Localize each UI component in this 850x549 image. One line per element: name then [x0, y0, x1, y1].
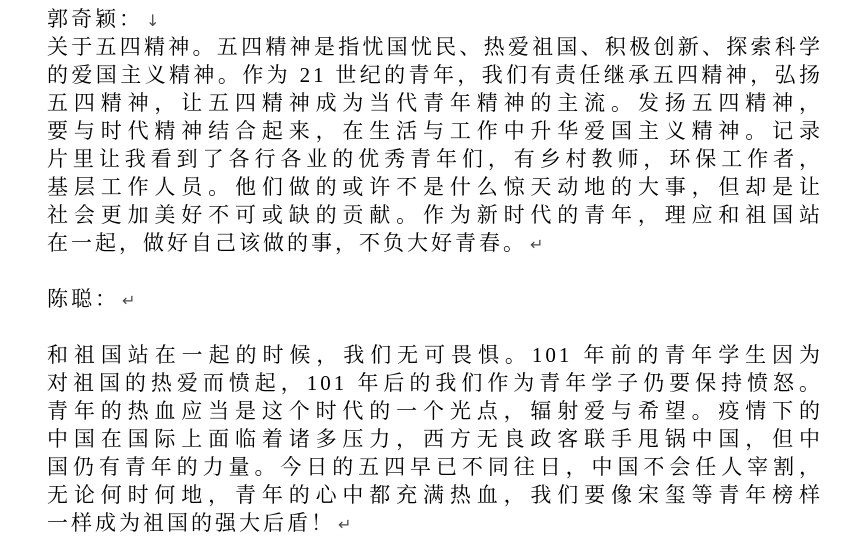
- line-text: 基层工作人员。他们做的或许不是什么惊天动地的大事，但却是让: [47, 175, 823, 199]
- text-line: 片里让我看到了各行各业的优秀青年们，有乡村教师，环保工作者，: [47, 145, 823, 173]
- line-text: 和祖国站在一起的时候，我们无可畏惧。101 年前的青年学生因为: [47, 343, 823, 367]
- line-text: 陈聪：: [47, 287, 119, 311]
- paragraph-mark-icon: ↵: [335, 515, 351, 534]
- line-text: 一样成为祖国的强大后盾！: [47, 511, 335, 535]
- text-line: 青年的热血应当是这个时代的一个光点，辐射爱与希望。疫情下的: [47, 397, 823, 425]
- line-text: 郭奇颖：: [47, 7, 143, 31]
- line-text: 五四精神，让五四精神成为当代青年精神的主流。发扬五四精神，: [47, 91, 823, 115]
- text-line: 国仍有青年的力量。今日的五四早已不同往日，中国不会任人宰割，: [47, 453, 823, 481]
- blank-line: [47, 313, 823, 341]
- document-text-block: 郭奇颖：↓关于五四精神。五四精神是指忧国忧民、热爱祖国、积极创新、探索科学的爱国…: [47, 5, 823, 537]
- line-text: 中国在国际上面临着诸多压力，西方无良政客联手甩锅中国，但中: [47, 427, 823, 451]
- line-text: 无论何时何地，青年的心中都充满热血，我们要像宋玺等青年榜样: [47, 483, 823, 507]
- text-line: 的爱国主义精神。作为 21 世纪的青年，我们有责任继承五四精神，弘扬: [47, 61, 823, 89]
- text-line: 要与时代精神结合起来，在生活与工作中升华爱国主义精神。记录: [47, 117, 823, 145]
- line-text: 青年的热血应当是这个时代的一个光点，辐射爱与希望。疫情下的: [47, 399, 823, 423]
- paragraph-mark-icon: ↵: [119, 291, 135, 310]
- text-line: 郭奇颖：↓: [47, 5, 823, 33]
- text-line: 陈聪：↵: [47, 285, 823, 313]
- line-text: 对祖国的热爱而愤起，101 年后的我们作为青年学子仍要保持愤怒。: [47, 371, 823, 395]
- line-text: 国仍有青年的力量。今日的五四早已不同往日，中国不会任人宰割，: [47, 455, 823, 479]
- text-line: 和祖国站在一起的时候，我们无可畏惧。101 年前的青年学生因为: [47, 341, 823, 369]
- line-break-icon: ↓: [143, 11, 159, 30]
- paragraph-mark-icon: ↵: [527, 235, 543, 254]
- blank-line: [47, 257, 823, 285]
- text-line: 对祖国的热爱而愤起，101 年后的我们作为青年学子仍要保持愤怒。: [47, 369, 823, 397]
- text-line: 在一起，做好自己该做的事，不负大好青春。↵: [47, 229, 823, 257]
- line-text: 在一起，做好自己该做的事，不负大好青春。: [47, 231, 527, 255]
- text-line: 关于五四精神。五四精神是指忧国忧民、热爱祖国、积极创新、探索科学: [47, 33, 823, 61]
- text-line: 中国在国际上面临着诸多压力，西方无良政客联手甩锅中国，但中: [47, 425, 823, 453]
- text-line: 五四精神，让五四精神成为当代青年精神的主流。发扬五四精神，: [47, 89, 823, 117]
- text-line: 一样成为祖国的强大后盾！↵: [47, 509, 823, 537]
- text-line: 无论何时何地，青年的心中都充满热血，我们要像宋玺等青年榜样: [47, 481, 823, 509]
- text-line: 基层工作人员。他们做的或许不是什么惊天动地的大事，但却是让: [47, 173, 823, 201]
- document-page: 郭奇颖：↓关于五四精神。五四精神是指忧国忧民、热爱祖国、积极创新、探索科学的爱国…: [47, 5, 823, 537]
- text-line: 社会更加美好不可或缺的贡献。作为新时代的青年，理应和祖国站: [47, 201, 823, 229]
- line-text: 社会更加美好不可或缺的贡献。作为新时代的青年，理应和祖国站: [47, 203, 823, 227]
- line-text: 要与时代精神结合起来，在生活与工作中升华爱国主义精神。记录: [47, 119, 823, 143]
- line-text: 关于五四精神。五四精神是指忧国忧民、热爱祖国、积极创新、探索科学: [47, 35, 823, 59]
- line-text: 的爱国主义精神。作为 21 世纪的青年，我们有责任继承五四精神，弘扬: [47, 63, 823, 87]
- line-text: 片里让我看到了各行各业的优秀青年们，有乡村教师，环保工作者，: [47, 147, 823, 171]
